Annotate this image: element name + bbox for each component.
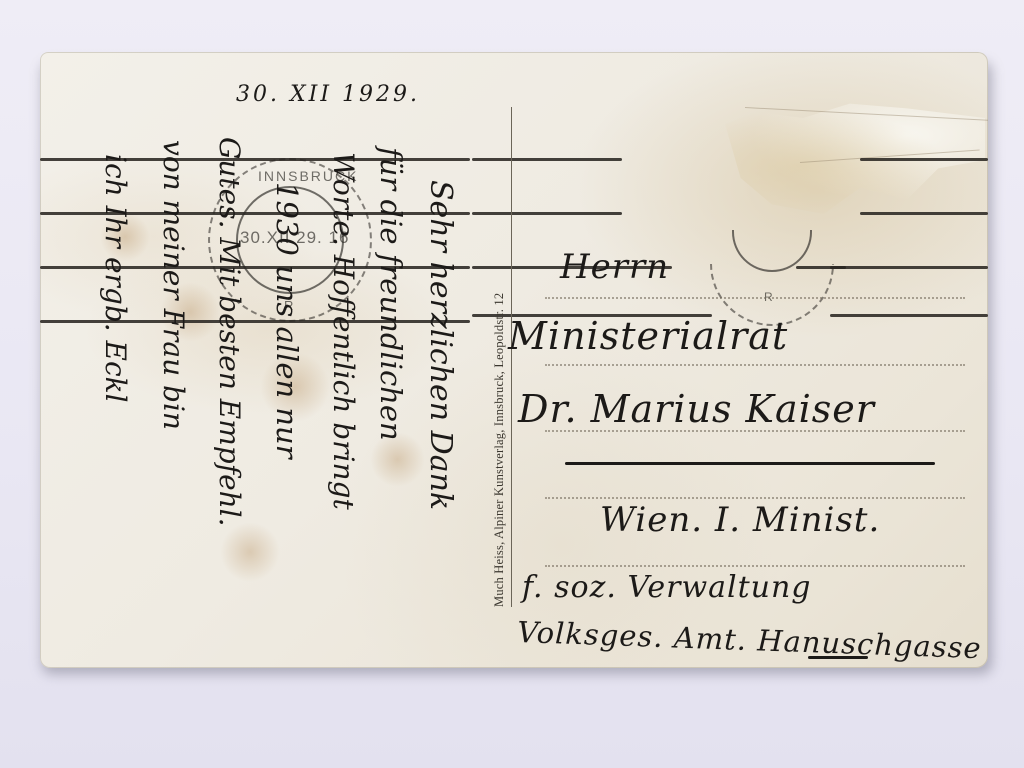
message-line: 1930 uns allen nur — [270, 182, 304, 459]
cancellation-line — [472, 158, 622, 161]
foxing-stain — [220, 522, 280, 582]
recipient-underline — [565, 462, 935, 465]
address-street: Volksges. Amt. Hanuschgasse — [517, 615, 982, 665]
address-department: f. soz. Verwaltung — [522, 570, 812, 605]
address-salutation: Herrn — [560, 247, 669, 287]
address-recipient-name: Dr. Marius Kaiser — [518, 387, 875, 431]
cancellation-line — [830, 266, 988, 269]
message-line: ich Ihr ergb. Eckl — [99, 154, 132, 403]
address-line-dotted — [545, 497, 965, 499]
address-line-dotted — [545, 297, 965, 299]
address-line-dotted — [545, 364, 965, 366]
street-underline — [808, 656, 868, 659]
cancellation-line — [830, 314, 988, 317]
address-title: Ministerialrat — [508, 314, 788, 358]
message-line: Sehr herzlichen Dank — [423, 180, 458, 510]
cancellation-line — [860, 158, 988, 161]
address-city-line: Wien. I. Minist. — [600, 500, 880, 540]
cancellation-line — [472, 212, 622, 215]
address-line-dotted — [545, 565, 965, 567]
message-line: Gutes. Mit besten Empfehl. — [213, 137, 246, 527]
handwritten-date: 30. XII 1929. — [236, 82, 420, 107]
publisher-imprint: Much Heiss, Alpiner Kunstverlag, Innsbru… — [492, 293, 507, 607]
message-line: von meiner Frau bin — [157, 140, 190, 430]
cancellation-line — [860, 212, 988, 215]
message-line: Worte. Hoffentlich bringt — [327, 152, 360, 510]
message-line: für die freundlichen — [374, 147, 408, 441]
postcard: INNSBRUCK 30.XII.29. 16 R R Much Heiss, … — [40, 52, 988, 668]
